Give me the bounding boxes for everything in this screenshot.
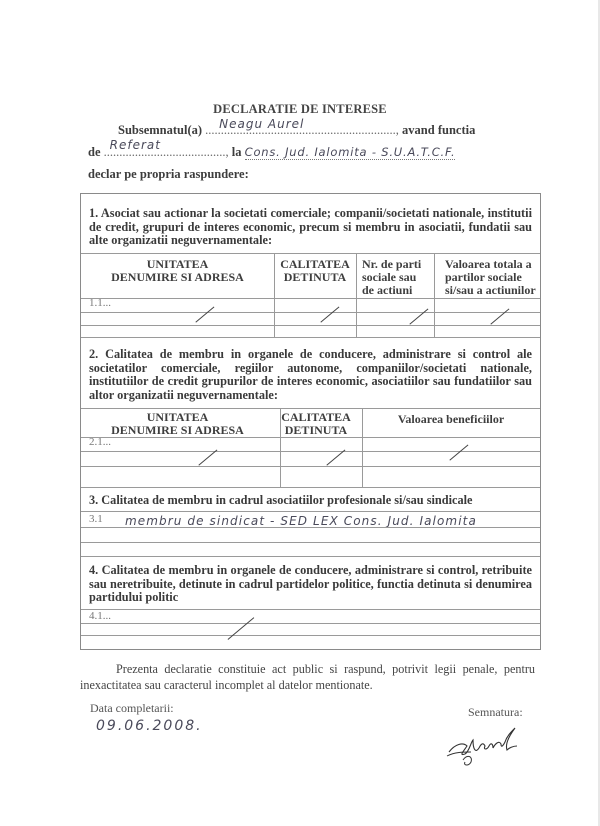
- intro-line-name: Subsemnatul(a) ....Neagu Aurel..........…: [118, 123, 475, 138]
- signature-icon[interactable]: [445, 722, 525, 770]
- footer-statement: Prezenta declaratie constituie act publi…: [80, 661, 535, 693]
- s2-col-unitatea: UNITATEADENUMIRE SI ADRESA: [81, 411, 274, 437]
- s2-entry-valoarea: [449, 444, 468, 460]
- date-label: Data completarii:: [90, 701, 174, 716]
- s1-entry-unitatea: [195, 306, 214, 322]
- s1-entry-calitatea: [320, 306, 339, 322]
- s2-row-label: 2.1...: [89, 436, 111, 448]
- s4-row-label: 4.1...: [89, 610, 111, 622]
- section-4-heading: 4. Calitatea de membru in organele de co…: [89, 564, 532, 605]
- subsemnatul-label: Subsemnatul(a): [118, 123, 202, 137]
- declaration-box: 1. Asociat sau actionar la societati com…: [80, 193, 541, 650]
- document-title: DECLARATIE DE INTERESE: [0, 102, 600, 117]
- s1-col-calitatea: CALITATEADETINUTA: [274, 258, 356, 284]
- intro-line-function: de .....................................…: [88, 145, 455, 160]
- s1-col-unitatea: UNITATEADENUMIRE SI ADRESA: [81, 258, 274, 284]
- institution-value[interactable]: Cons. Jud. Ialomita - S.U.A.T.C.F.: [245, 145, 456, 160]
- s3-entry-value: membru de sindicat - SED LEX Cons. Jud. …: [125, 514, 477, 528]
- s3-entry-field[interactable]: membru de sindicat - SED LEX Cons. Jud. …: [81, 511, 540, 527]
- declar-label: declar pe propria raspundere:: [88, 167, 249, 182]
- s2-col-valoarea: Valoarea beneficiilor: [362, 413, 540, 426]
- la-label: la: [232, 145, 242, 159]
- signature-label: Semnatura:: [468, 705, 523, 720]
- avand-functia-label: avand functia: [402, 123, 475, 137]
- s1-row-label: 1.1...: [89, 297, 111, 309]
- s4-entry: [228, 617, 255, 640]
- section-1-heading: 1. Asociat sau actionar la societati com…: [89, 207, 532, 248]
- de-label: de: [88, 145, 101, 159]
- section-2-heading: 2. Calitatea de membru in organele de co…: [89, 348, 532, 402]
- s1-entry-nr-parti: [409, 308, 428, 324]
- function-value: Referat: [110, 138, 161, 152]
- s2-col-calitatea: CALITATEADETINUTA: [274, 411, 358, 437]
- name-value: Neagu Aurel: [219, 117, 304, 131]
- date-value[interactable]: 09.06.2008.: [96, 718, 203, 734]
- s1-col-valoarea: Valoarea totala apartilor socialesi/sau …: [445, 258, 541, 297]
- s1-col-nr-parti: Nr. de partisociale saude actiuni: [362, 258, 440, 297]
- function-field[interactable]: .......................................,…: [104, 145, 229, 160]
- name-field[interactable]: ....Neagu Aurel: [205, 123, 218, 138]
- s1-entry-valoarea: [490, 308, 509, 324]
- section-3-heading: 3. Calitatea de membru in cadrul asociat…: [89, 494, 532, 508]
